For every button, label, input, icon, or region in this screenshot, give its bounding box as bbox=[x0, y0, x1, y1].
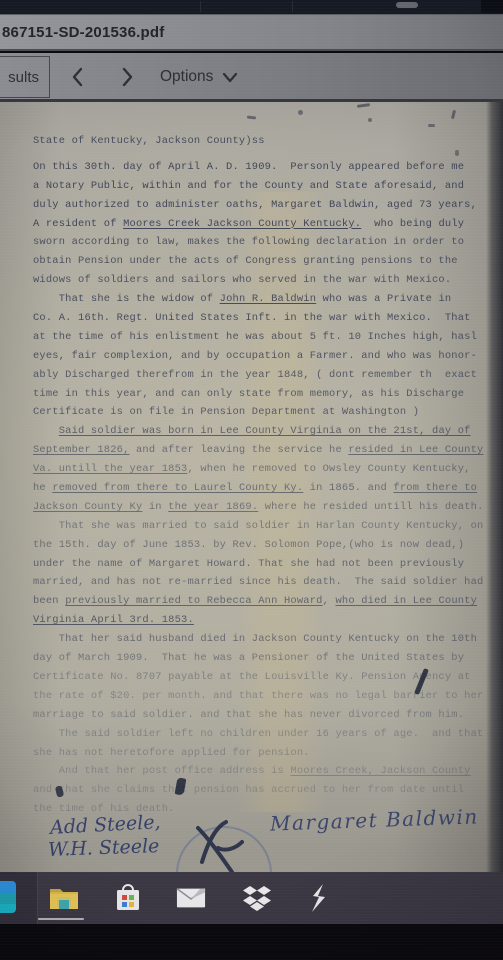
doc-line: a Notary Public, within and for the Coun… bbox=[33, 177, 491, 196]
screen-bezel bbox=[0, 924, 503, 960]
doc-line-segment: State of Kentucky, Jackson County)ss bbox=[33, 135, 265, 147]
doc-line-segment: in bbox=[142, 501, 168, 513]
tab-separator bbox=[292, 1, 293, 12]
tab-separator bbox=[200, 1, 201, 12]
doc-line: been previously married to Rebecca Ann H… bbox=[33, 592, 491, 611]
doc-line-segment: where he resided untill his death. bbox=[258, 501, 483, 513]
doc-line: Jackson County Ky in the year 1869. wher… bbox=[33, 498, 491, 517]
doc-line: duly authorized to administer oaths, Mar… bbox=[33, 196, 491, 215]
chevron-left-icon bbox=[71, 67, 84, 87]
next-result-button[interactable] bbox=[112, 63, 142, 91]
dropbox-icon[interactable] bbox=[242, 883, 272, 913]
doc-line: September 1826, and after leaving the se… bbox=[33, 441, 491, 460]
doc-line-segment: Jackson County Ky bbox=[33, 501, 142, 513]
scan-speck bbox=[451, 110, 456, 119]
doc-line: And that her post office address is Moor… bbox=[33, 762, 491, 781]
find-toolbar: sults Options bbox=[0, 53, 503, 102]
doc-line-segment: and after leaving the service he bbox=[130, 444, 349, 456]
doc-line: married, and has not re-married since hi… bbox=[33, 573, 491, 592]
doc-line-segment: who died in Lee County bbox=[335, 595, 477, 607]
doc-line: Virginia April 3rd. 1853. bbox=[33, 611, 491, 630]
chevron-down-icon bbox=[222, 72, 238, 83]
doc-line: she has not heretofore applied for pensi… bbox=[33, 744, 491, 763]
doc-line-segment: previously married to Rebecca Ann Howard bbox=[65, 595, 322, 607]
doc-line: the rate of $20. per month. and that the… bbox=[33, 687, 491, 706]
doc-line-segment: a Notary Public, within and for the Coun… bbox=[33, 180, 464, 192]
partial-app-icon[interactable] bbox=[0, 881, 16, 913]
doc-line-segment: Certificate No. 8707 payable at the Loui… bbox=[33, 671, 471, 683]
window-top-chrome bbox=[0, 0, 503, 14]
doc-line-segment: A resident of bbox=[33, 218, 123, 230]
doc-line-segment: That she is the widow of bbox=[33, 293, 220, 305]
lightning-s-icon[interactable] bbox=[304, 883, 334, 913]
lightning-bolt-glyph bbox=[310, 884, 328, 912]
doc-line: eyes, fair complexion, and by occupation… bbox=[33, 347, 491, 366]
pdf-filename: 867151-SD-201536.pdf bbox=[0, 24, 164, 41]
doc-line-segment: married, and has not re-married since hi… bbox=[33, 576, 483, 588]
doc-line-segment: who was a Private in bbox=[316, 293, 451, 305]
store-bag-icon bbox=[115, 884, 141, 912]
chevron-right-icon bbox=[121, 67, 134, 87]
doc-line-segment: at the time of his enlistment he was abo… bbox=[33, 331, 477, 343]
doc-line-segment: Moores Creek Jackson County Kentucky. bbox=[123, 218, 361, 230]
doc-line: under the name of Margaret Howard. That … bbox=[33, 555, 491, 574]
doc-line-segment: obtain Pension under the acts of Congres… bbox=[33, 255, 458, 267]
doc-line: State of Kentucky, Jackson County)ss bbox=[33, 132, 491, 151]
scan-speck bbox=[247, 116, 256, 120]
doc-line-segment: the year 1869. bbox=[168, 501, 258, 513]
envelope-icon bbox=[176, 886, 206, 910]
mail-icon[interactable] bbox=[176, 883, 206, 913]
doc-line-segment: , bbox=[323, 595, 336, 607]
ink-scribble bbox=[188, 818, 258, 872]
doc-line: at the time of his enlistment he was abo… bbox=[33, 328, 491, 347]
doc-line: That she was married to said soldier in … bbox=[33, 517, 491, 536]
doc-line-segment: That she was married to said soldier in … bbox=[33, 520, 483, 532]
doc-line-segment: he bbox=[33, 482, 52, 494]
doc-line-segment: , when he removed to Owsley County Kentu… bbox=[187, 463, 470, 475]
doc-line-segment: On this 30th. day of April A. D. 1909. P… bbox=[33, 161, 464, 173]
window-corner bbox=[481, 0, 503, 13]
minimize-button[interactable] bbox=[396, 2, 418, 8]
doc-line-segment: John R. Baldwin bbox=[220, 293, 317, 305]
doc-line-segment: September 1826, bbox=[33, 444, 130, 456]
scan-speck bbox=[298, 110, 303, 115]
doc-line-segment: from there to bbox=[393, 482, 477, 494]
doc-line: On this 30th. day of April A. D. 1909. P… bbox=[33, 158, 491, 177]
doc-line-segment: Certificate is on file in Pension Depart… bbox=[33, 406, 419, 418]
doc-line: Certificate is on file in Pension Depart… bbox=[33, 403, 491, 422]
doc-line: the 15th. day of June 1853. by Rev. Solo… bbox=[33, 536, 491, 555]
doc-line-segment: in 1865. and bbox=[303, 482, 393, 494]
scan-speck bbox=[357, 103, 370, 108]
doc-line: and that she claims that pension has acc… bbox=[33, 781, 491, 800]
doc-line-segment bbox=[33, 425, 59, 437]
doc-line-segment: Co. A. 16th. Regt. United States Inft. i… bbox=[33, 312, 471, 324]
doc-line-segment: Va. untill the year 1853 bbox=[33, 463, 187, 475]
doc-line: he removed from there to Laurel County K… bbox=[33, 479, 491, 498]
doc-line-segment: who being duly bbox=[361, 218, 464, 230]
doc-line-segment: ably Discharged therefrom in the year 18… bbox=[33, 369, 477, 381]
doc-line: obtain Pension under the acts of Congres… bbox=[33, 252, 491, 271]
doc-line-segment: removed from there to Laurel County Ky. bbox=[52, 482, 303, 494]
pdf-title-bar: 867151-SD-201536.pdf bbox=[0, 14, 503, 51]
doc-line: That her said husband died in Jackson Co… bbox=[33, 630, 491, 649]
scan-speck bbox=[368, 118, 372, 122]
doc-line: ably Discharged therefrom in the year 18… bbox=[33, 366, 491, 385]
scan-speck bbox=[428, 124, 435, 127]
options-label: Options bbox=[160, 68, 213, 86]
doc-line: A resident of Moores Creek Jackson Count… bbox=[33, 215, 491, 234]
file-explorer-icon[interactable] bbox=[49, 883, 79, 913]
doc-line: Co. A. 16th. Regt. United States Inft. i… bbox=[33, 309, 491, 328]
doc-line: widows of soldiers and sailors who serve… bbox=[33, 271, 491, 290]
doc-line-segment: widows of soldiers and sailors who serve… bbox=[33, 274, 451, 286]
options-button[interactable]: Options bbox=[160, 62, 238, 92]
doc-line: time in this year, and can only state fr… bbox=[33, 385, 491, 404]
doc-line-segment: under the name of Margaret Howard. That … bbox=[33, 558, 464, 570]
doc-line-segment: eyes, fair complexion, and by occupation… bbox=[33, 350, 477, 362]
doc-line: sworn according to law, makes the follow… bbox=[33, 233, 491, 252]
doc-line: That she is the widow of John R. Baldwin… bbox=[33, 290, 491, 309]
doc-line-segment: resided in Lee County bbox=[348, 444, 483, 456]
doc-line-segment: sworn according to law, makes the follow… bbox=[33, 236, 464, 248]
doc-line-segment: she has not heretofore applied for pensi… bbox=[33, 747, 310, 759]
taskbar bbox=[0, 872, 503, 924]
doc-line: The said soldier left no children under … bbox=[33, 725, 491, 744]
doc-line-segment: The said soldier left no children under … bbox=[33, 728, 483, 740]
screen-photo: 867151-SD-201536.pdf sults Options bbox=[0, 0, 503, 960]
results-label: sults bbox=[8, 69, 39, 86]
folder-icon bbox=[49, 885, 79, 911]
doc-line: marriage to said soldier. and that she h… bbox=[33, 706, 491, 725]
microsoft-store-icon[interactable] bbox=[113, 883, 143, 913]
doc-line-segment: been bbox=[33, 595, 65, 607]
page-edge-shadow bbox=[486, 102, 503, 872]
doc-line-segment: Said soldier was born in Lee County Virg… bbox=[59, 425, 471, 437]
doc-line: Va. untill the year 1853, when he remove… bbox=[33, 460, 491, 479]
doc-line-segment: Moores Creek, Jackson County bbox=[290, 765, 470, 777]
doc-line-segment: duly authorized to administer oaths, Mar… bbox=[33, 199, 477, 211]
doc-line-segment: day of March 1909. That he was a Pension… bbox=[33, 652, 464, 664]
dropbox-glyph bbox=[243, 885, 271, 911]
doc-line: day of March 1909. That he was a Pension… bbox=[33, 649, 491, 668]
doc-line-segment: and that she claims that pension has acc… bbox=[33, 784, 464, 796]
witness-signature-2: W.H. Steele bbox=[48, 835, 160, 861]
doc-line-segment: That her said husband died in Jackson Co… bbox=[33, 633, 477, 645]
doc-line-segment: the 15th. day of June 1853. by Rev. Solo… bbox=[33, 539, 464, 551]
results-dropdown[interactable]: sults bbox=[0, 56, 50, 98]
doc-line-segment: marriage to said soldier. and that she h… bbox=[33, 709, 464, 721]
doc-line-segment: Virginia April 3rd. 1853. bbox=[33, 614, 194, 626]
doc-line-segment: time in this year, and can only state fr… bbox=[33, 388, 464, 400]
pdf-page[interactable]: State of Kentucky, Jackson County)ssOn t… bbox=[0, 102, 503, 872]
document-text: State of Kentucky, Jackson County)ssOn t… bbox=[33, 132, 491, 819]
doc-line-segment: And that her post office address is bbox=[33, 765, 290, 777]
doc-line: Said soldier was born in Lee County Virg… bbox=[33, 422, 491, 441]
active-app-indicator bbox=[38, 918, 84, 920]
previous-result-button[interactable] bbox=[62, 63, 92, 91]
